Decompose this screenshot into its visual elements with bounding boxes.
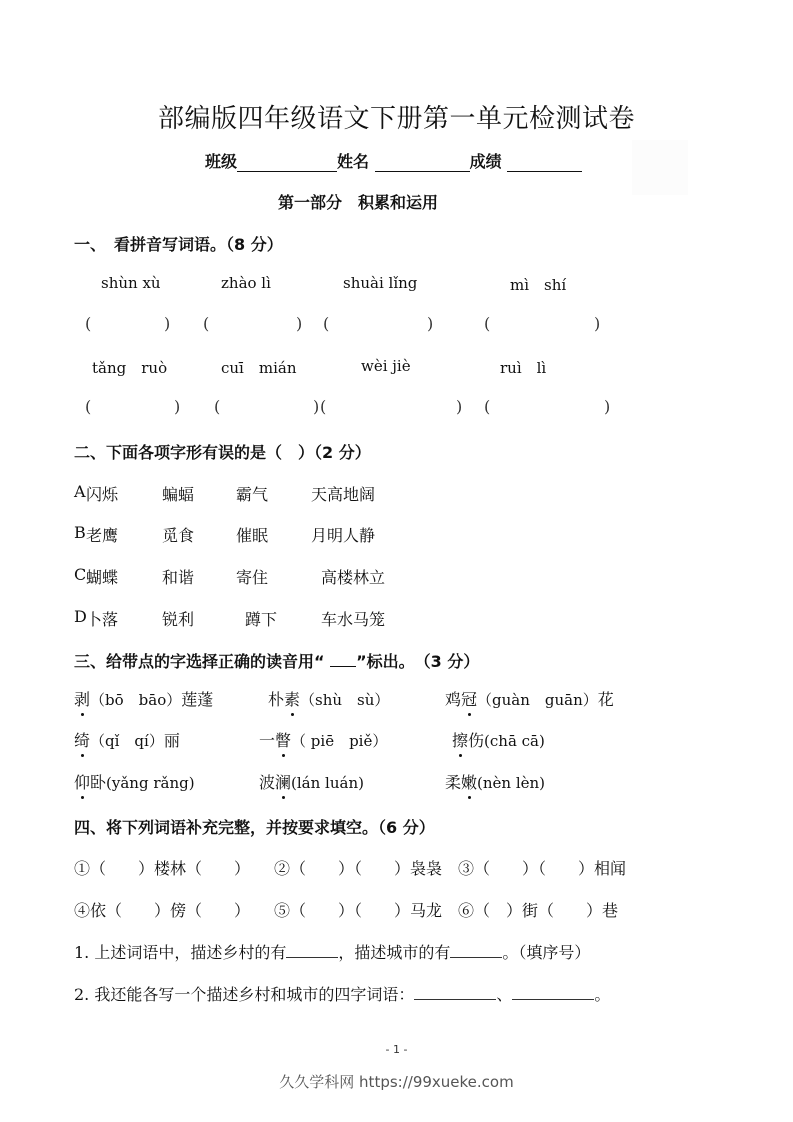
page-title: 部编版四年级语文下册第一单元检测试卷	[0, 98, 793, 135]
option-d-word-3: 蹲下	[245, 607, 277, 630]
q3-item-5: 一瞥（ piē piě）	[259, 728, 387, 751]
q3-item-7: 仰卧(yǎng rǎng)	[74, 770, 195, 793]
q3-item-2: 朴素（shù sù）	[268, 687, 389, 710]
page-number: - 1 -	[0, 1043, 793, 1056]
urban-idiom-blank[interactable]	[512, 985, 594, 1000]
pinyin-3: shuài lǐng	[343, 274, 417, 292]
answer-box-2-close: )	[296, 314, 302, 333]
name-field[interactable]	[375, 155, 470, 172]
pinyin-1: shùn xù	[101, 274, 161, 292]
underline-sample	[330, 652, 356, 667]
option-c-word-2: 和谐	[162, 565, 194, 588]
q2-heading: 二、下面各项字形有误的是（ ）（2 分）	[74, 440, 371, 463]
word-pre: 一	[259, 731, 275, 750]
option-b-label: B	[74, 523, 86, 542]
dotted-char: 嫩	[461, 770, 477, 793]
dotted-char: 瞥	[275, 728, 291, 751]
dotted-char: 剥	[74, 687, 90, 710]
option-c-word-4: 高楼林立	[321, 565, 385, 588]
answer-box-8-close: )	[604, 397, 610, 416]
word-post: 卧	[90, 773, 106, 792]
word-rest: 莲蓬	[181, 690, 213, 709]
answer-box-5-open: (	[85, 397, 91, 416]
sub1-text-c: 。（填序号）	[502, 943, 590, 962]
answer-box-3-open: (	[323, 314, 329, 333]
q3-item-1: 剥（bō bāo）莲蓬	[74, 687, 213, 710]
pinyin-choices[interactable]: （qǐ qí）	[90, 732, 164, 750]
option-a-word-1: 闪烁	[86, 482, 118, 505]
pinyin-5: tǎng ruò	[92, 357, 167, 378]
urban-answer-blank[interactable]	[450, 943, 502, 958]
option-b-word-3: 催眠	[236, 523, 268, 546]
q4-sub-2: 2. 我还能各写一个描述乡村和城市的四字词语：、。	[74, 982, 610, 1005]
q1-heading: 一、 看拼音写词语。（8 分）	[74, 232, 283, 255]
answer-box-6-close: )	[313, 397, 319, 416]
pinyin-7: wèi jiè	[361, 357, 411, 375]
dotted-char: 绮	[74, 728, 90, 751]
word-rest: 花	[598, 690, 614, 709]
class-field[interactable]	[237, 155, 337, 172]
word-pre: 波	[259, 773, 275, 792]
sub1-text-b: ，描述城市的有	[338, 943, 450, 962]
part-heading: 第一部分 积累和运用	[278, 190, 438, 213]
option-b-word-2: 觅食	[162, 523, 194, 546]
word-pre: 柔	[445, 773, 461, 792]
rural-idiom-blank[interactable]	[414, 985, 496, 1000]
option-d-word-2: 锐利	[162, 607, 194, 630]
answer-box-1-close: )	[164, 314, 170, 333]
dotted-char: 澜	[275, 770, 291, 793]
dotted-char: 仰	[74, 770, 90, 793]
option-d-word-1: 卜落	[86, 607, 118, 630]
pinyin-4: mì shí	[510, 274, 566, 295]
option-c-word-1: 蝴蝶	[86, 565, 118, 588]
option-a-word-2: 蝙蝠	[162, 482, 194, 505]
answer-box-1-open: (	[85, 314, 91, 333]
sub2-text-a: 2. 我还能各写一个描述乡村和城市的四字词语：	[74, 985, 414, 1004]
q3-item-8: 波澜(lán luán)	[259, 770, 364, 793]
q3-item-6: 擦伤(chā cā)	[452, 728, 545, 751]
option-d-word-4: 车水马笼	[321, 607, 385, 630]
word-rest: 丽	[164, 731, 180, 750]
option-b-word-1: 老鹰	[86, 523, 118, 546]
q3-heading: 三、给带点的字选择正确的读音用“ ”标出。 （3 分）	[74, 649, 479, 672]
sub2-text-c: 。	[594, 985, 610, 1004]
q4-heading: 四、将下列词语补充完整，并按要求填空。（6 分）	[74, 815, 435, 838]
rural-answer-blank[interactable]	[286, 943, 338, 958]
option-d-label: D	[74, 607, 87, 626]
score-label: 成绩	[470, 152, 502, 171]
q3-item-3: 鸡冠（guàn guān）花	[445, 687, 614, 710]
pinyin-choices[interactable]: （shù sù）	[300, 691, 389, 709]
q3-heading-part-b: ”标出。 （3 分）	[356, 652, 479, 671]
answer-box-6-open: (	[214, 397, 220, 416]
option-a-word-3: 霸气	[236, 482, 268, 505]
word-pre: 鸡	[445, 690, 461, 709]
sub1-text-a: 1. 上述词语中，描述乡村的有	[74, 943, 286, 962]
answer-box-3-close: )	[427, 314, 433, 333]
pinyin-8: ruì lì	[500, 357, 546, 378]
option-c-label: C	[74, 565, 86, 584]
sub2-text-b: 、	[496, 985, 512, 1004]
pinyin-choices[interactable]: （bō bāo）	[90, 691, 181, 709]
option-c-word-3: 寄住	[236, 565, 268, 588]
answer-box-8-open: (	[484, 397, 490, 416]
pinyin-6: cuī mián	[221, 357, 296, 378]
dotted-char: 冠	[461, 687, 477, 710]
word-post: 伤	[468, 731, 484, 750]
dotted-char: 擦	[452, 728, 468, 751]
pinyin-choices[interactable]: (lán luán)	[291, 774, 364, 792]
score-field[interactable]	[507, 155, 582, 172]
option-a-label: A	[74, 482, 86, 501]
dotted-char: 素	[284, 687, 300, 710]
class-label: 班级	[205, 152, 237, 171]
q3-item-4: 绮（qǐ qí）丽	[74, 728, 180, 751]
faint-stamp-area	[632, 140, 688, 195]
q4-row-2: ④依（ ）傍（ ） ⑤（ ）（ ）马龙 ⑥（ ）街（ ）巷	[74, 898, 618, 921]
pinyin-choices[interactable]: （guàn guān）	[477, 691, 598, 709]
pinyin-choices[interactable]: (yǎng rǎng)	[106, 774, 195, 792]
student-info-line: 班级姓名 成绩	[205, 149, 582, 172]
option-a-word-4: 天高地阔	[311, 482, 375, 505]
pinyin-choices[interactable]: (chā cā)	[484, 732, 545, 750]
q4-sub-1: 1. 上述词语中，描述乡村的有，描述城市的有。（填序号）	[74, 940, 590, 963]
answer-box-7-close: )	[456, 397, 462, 416]
answer-box-4-close: )	[594, 314, 600, 333]
q3-item-9: 柔嫩(nèn lèn)	[445, 770, 545, 793]
name-label: 姓名	[337, 152, 369, 171]
pinyin-2: zhào lì	[221, 274, 271, 292]
pinyin-choices[interactable]: （ piē piě）	[291, 732, 387, 750]
answer-box-4-open: (	[484, 314, 490, 333]
q3-heading-part-a: 三、给带点的字选择正确的读音用“	[74, 652, 330, 671]
answer-box-5-close: )	[174, 397, 180, 416]
q4-row-1: ①（ ）楼林（ ） ②（ ）（ ）袅袅 ③（ ）（ ）相闻	[74, 856, 626, 879]
option-b-word-4: 月明人静	[311, 523, 375, 546]
answer-box-2-open: (	[203, 314, 209, 333]
word-pre: 朴	[268, 690, 284, 709]
answer-box-7-open: (	[320, 397, 326, 416]
pinyin-choices[interactable]: (nèn lèn)	[477, 774, 545, 792]
footer-watermark: 久久学科网 https://99xueke.com	[0, 1071, 793, 1092]
